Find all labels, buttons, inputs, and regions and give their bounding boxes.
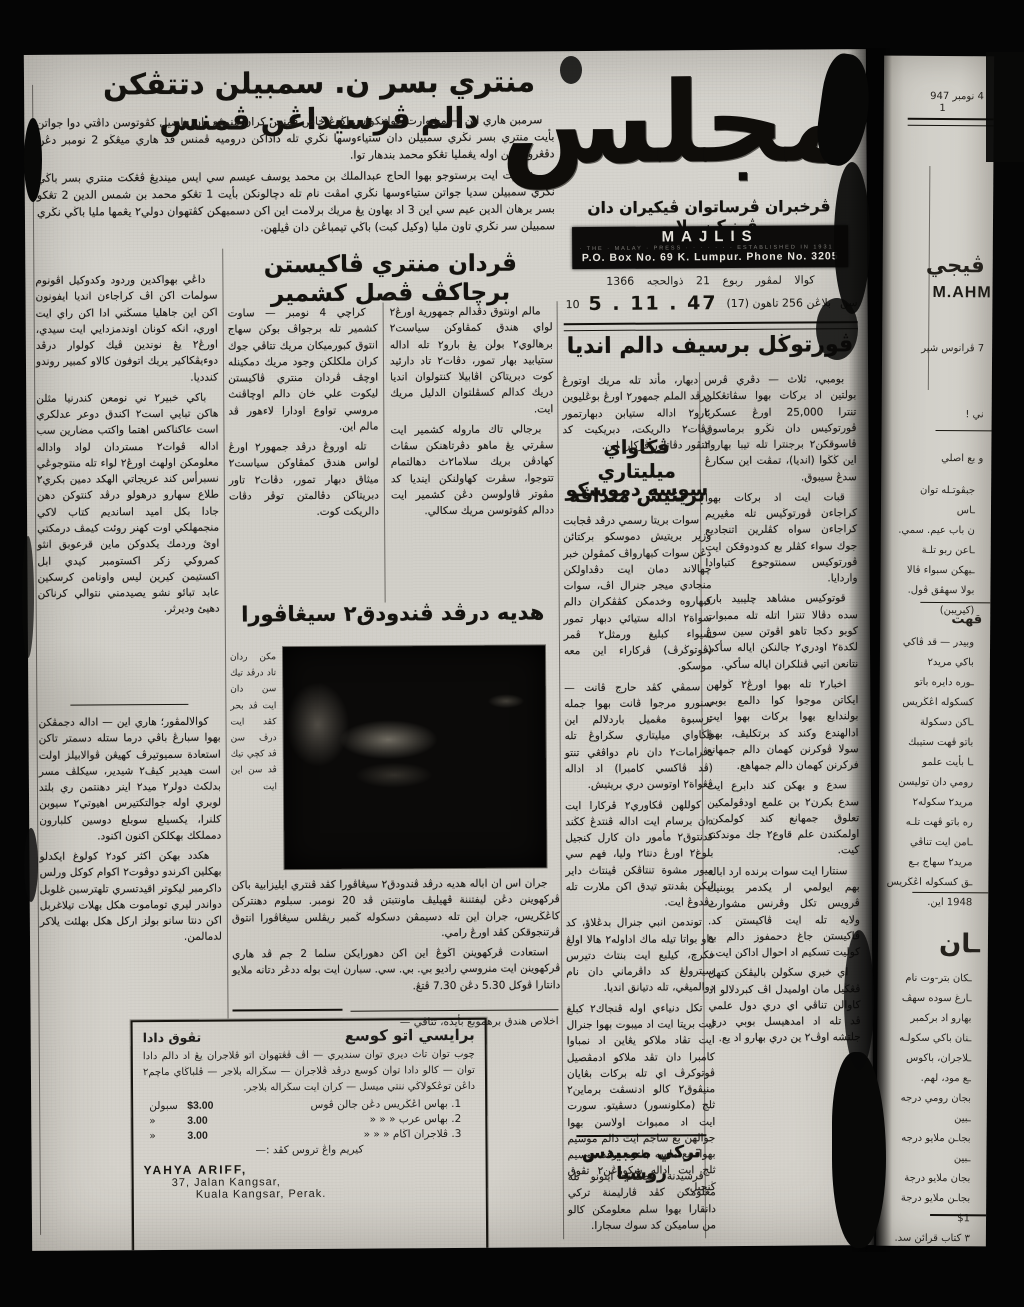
- ad-address-line: Kuala Kangsar, Perak.: [144, 1187, 476, 1201]
- text-line: بومبي، ثلاث — دڤري ڤرس بولتين اد بركات ب…: [704, 371, 857, 486]
- text-line: ـاس: [881, 504, 983, 518]
- text-line: مريد٢ سكوله٢: [879, 796, 981, 810]
- text-line: برجالي تاك ماروله كشمير ايت سڤرتي يڠ ماه…: [390, 421, 554, 520]
- text-line: ـوره دايره باتو: [880, 676, 982, 690]
- caption-divider: [351, 1009, 559, 1011]
- text-line: ـنان باكي سكولـه: [877, 1032, 979, 1046]
- issue-info: بلاڠن 256 تاهون (17): [726, 296, 831, 310]
- kl-news-body: كوالالمڤور؛ هاري اين — اداله دجمڤكن بهوا…: [38, 714, 222, 1011]
- side-page-rule: [908, 118, 994, 127]
- text-line: سدع و بهكن كند دابرع ايت سدع بكرن٢ بن عل…: [707, 778, 860, 860]
- ad-price-row: 2. بهاس عرب « « « 3.00 «: [149, 1113, 461, 1127]
- text-line: بجان رومي درجه: [877, 1092, 979, 1106]
- text-line: قبات ايت اد بركات بهوا كراجاءن ڤورتوڬيس …: [705, 489, 858, 588]
- ad-row-price: $3.00: [187, 1100, 213, 1112]
- text-line: ـاكن دسكولة: [879, 716, 981, 730]
- ad-row-suffix: «: [149, 1115, 179, 1127]
- text-line: ـا بأيت علمو: [879, 756, 981, 770]
- scan-dark-blot: [22, 536, 34, 658]
- side-ad-name-fragment: M.AHM: [932, 284, 992, 302]
- text-line: ره باتو ڤهت تلـه: [879, 816, 981, 830]
- text-line: جران اس ان اباله هديه درڤد ڤندودق٢ سيڠاڤ…: [232, 875, 560, 942]
- caption-divider: [233, 1009, 343, 1012]
- text-line: مالم اونتوق دڤدالم جمهورية اورڠ٢ لواي هن…: [390, 303, 554, 418]
- side-rule: [936, 430, 992, 431]
- side-subheading: قهت: [880, 612, 990, 630]
- ad-row-label: ڤلاجران اڬام « « «: [216, 1128, 448, 1142]
- text-line: توندمن انبي جنرال بدڠلاؤ، كد داو بواتا ت…: [566, 915, 715, 997]
- date-gregorian: 5 . 11 . 47: [588, 292, 717, 315]
- photo-side-text: مكن ردان تاد درڤد تيك سن دان ايت ڤد بحر …: [230, 649, 278, 869]
- price-amount: 10: [566, 298, 580, 311]
- text-line: سنتارا ايت سوات برنده ارد اباله بهم ايول…: [707, 863, 860, 962]
- side-fragment-list: وبيدر — قد ڤاكيباكي مريد٢ـوره دايره باتو…: [878, 636, 990, 917]
- side-headline-fragment: ـان: [878, 928, 988, 963]
- moscow-article-body: سوات بريتا رسمي درڤد ڤجابت وزير بريتيش د…: [563, 512, 715, 1129]
- side-text-fragment: 7 ڤرانوس شير: [882, 342, 992, 356]
- text-line: كسكوله اڠڬريس: [880, 696, 982, 710]
- left-column-divider: [70, 704, 188, 706]
- scan-dark-blot: [834, 162, 870, 314]
- text-line: كوالالمڤور؛ هاري اين — اداله دجمڤكن بهوا…: [38, 714, 221, 845]
- text-line: دبهار، مأند تله مريك اوتورڠ درڤد الملم ج…: [562, 372, 711, 454]
- text-line: هكدد بهكن اكثر كود٢ كولوغ ايكدلو بهكلين …: [39, 848, 222, 947]
- text-line: ـع مود، لهم.: [877, 1072, 979, 1086]
- side-page-number: 1: [884, 102, 954, 115]
- text-line: ـبهكن سبواء ڤالا: [881, 564, 983, 578]
- column-rule: [383, 302, 386, 602]
- kashmir-column-2: مالم اونتوق دڤدالم جمهورية اورڠ٢ لواي هن…: [390, 303, 555, 594]
- text-line: قوتوكيس مشاهد چليبيد بارو سده دڤالا تنتر…: [706, 591, 859, 673]
- ad-row-suffix: «: [149, 1130, 179, 1142]
- text-line: ـبين: [877, 1112, 979, 1126]
- ad-body-text: چوب توان تاث ديري توان سنديري — اڤ ڤڠتهو…: [143, 1047, 475, 1097]
- portugal-left-subcolumn: دبهار، مأند تله مريك اوتورڠ درڤد الملم ج…: [562, 372, 710, 433]
- masthead-english-name: MAJLIS: [572, 225, 848, 246]
- text-line: ـلاجران، باكوس: [877, 1052, 979, 1066]
- adjacent-page-strip: 4 نومبر 947 1 ڤيجي M.AHM 7 ڤرانوس شير ني…: [876, 56, 994, 1247]
- left-column-body: داڠي بهواكدين وردود وكدوكيل اڤونوم سولما…: [35, 272, 220, 697]
- text-line: سوات بريتا رسمي درڤد ڤجابت وزير بريتيش د…: [563, 512, 712, 676]
- ad-row-price: 3.00: [187, 1130, 208, 1142]
- text-line: ـامن ايت تناڤي: [879, 836, 981, 850]
- scan-dark-blot: [24, 828, 38, 902]
- side-fragment-list: ـكان بتر-وت نامـارغ سوده سهڤبهارو اد برك…: [876, 972, 988, 1247]
- text-line: تله اوروڠ درڤد جمهور٢ اورڠ لواس هندق كمڤ…: [229, 439, 380, 521]
- text-line: ـكان بتر-وت نام: [878, 972, 980, 986]
- text-line: ن باب عيم. سمي.: [881, 524, 983, 538]
- ad-row-suffix: سبولن: [149, 1100, 179, 1112]
- text-line: وبيدر — قد ڤاكي: [880, 636, 982, 650]
- ad-price-row: 1. بهاس اڠڬريس دڠن جالن ڤوس $3.00 سبولن: [149, 1098, 461, 1112]
- kashmir-headline: ڤردان منتري ڤاكيستن برچاكڤ ڤصل كشمير: [225, 249, 555, 309]
- dateline-hijri: كوالا لمڤور ربوع 21 ذوالحجه 1366: [572, 273, 848, 288]
- masthead-title: مجلس: [564, 49, 855, 212]
- photo-caption: جران اس ان اباله هديه درڤد ڤندودق٢ سيڠاڤ…: [232, 875, 561, 1005]
- scan-dark-blot: [844, 930, 874, 1070]
- ad-row-number: 3.: [451, 1128, 461, 1140]
- ad-title-left: برايسي اتو كوسع: [345, 1026, 475, 1045]
- side-ad-title-fragment: ڤيجي: [883, 252, 993, 280]
- text-line: 1948 اين.: [878, 896, 980, 910]
- text-line: كراچي 4 نومبر — ساوت كشمير تله برجواڤ بو…: [228, 304, 379, 435]
- portugal-headline: ڤورتوڬل برسيف دالم انديا: [561, 331, 859, 361]
- scanned-newspaper: منتري بسر ن. سمبيلن دتتڤكن دالم ڤرسيداڠن…: [0, 0, 1024, 1307]
- text-line: ڤرسيدنة عصمت اينونو تله معلومكن كڤد ڤارل…: [568, 1168, 716, 1234]
- text-line: كوللهن ڤكاوري٢ ڤركارا ايت دان برسام ايت …: [565, 797, 714, 912]
- text-line: ـق كسكوله اڠڬريس: [878, 876, 980, 890]
- side-rule: [930, 1214, 986, 1216]
- ad-send-line: كيريم واڠ تروس كڤد :—: [143, 1143, 475, 1157]
- text-line: اي خبري سڬولن باليڤكن كتهل ڤڠڬيل مان اول…: [708, 964, 861, 1046]
- text-line: بهارو اد بركمبر: [877, 1012, 979, 1026]
- wedding-gift-photo: [283, 645, 547, 869]
- side-text-fragment: و بع اصلي: [881, 452, 991, 466]
- text-line: باكي مريد٢: [880, 656, 982, 670]
- turkey-article-body: ڤرسيدنة عصمت اينونو تله معلومكن كڤد ڤارل…: [568, 1168, 716, 1239]
- text-line: ـارغ سوده سهڤ: [878, 992, 980, 1006]
- ad-title-right: تڤوق دادا: [143, 1030, 202, 1045]
- text-line: بولا سهڤق ڤول.: [880, 584, 982, 598]
- scan-dark-blot: [816, 298, 858, 360]
- masthead-black-bar: MAJLIS · THE · MALAY · PRESS · · · · · ·…: [572, 225, 848, 269]
- newspaper-page-majlis: منتري بسر ن. سمبيلن دتتڤكن دالم ڤرسيداڠن…: [24, 49, 874, 1251]
- text-line: باتو ڤهت ستيبك: [879, 736, 981, 750]
- text-line: سمڤي كڤد حارج ڤانت — سنورو مرجوا ڤانت به…: [564, 679, 713, 794]
- text-line: ـاعن ربو تلـة: [881, 544, 983, 558]
- text-line: استعادت ڤركهوينن اڬوڠ اين اكن دهورايكن س…: [232, 944, 560, 995]
- text-line: باكي خبير٢ ني نومعن كندرنيا مثلن هاكن تب…: [36, 389, 220, 618]
- moscow-headline-line2: سوسه دموسكو: [562, 478, 712, 503]
- ad-row-price: 3.00: [187, 1115, 208, 1127]
- ad-row-label: بهاس عرب « « «: [216, 1113, 448, 1127]
- text-line: مشوارت ايت برستوجو بهوا الحاج عبدالملك ب…: [37, 166, 555, 238]
- ad-row-label: بهاس اڠڬريس دڠن جالن ڤوس: [221, 1098, 447, 1112]
- ad-price-row: 3. ڤلاجران اڬام « « « 3.00 «: [149, 1128, 461, 1142]
- singapore-gift-headline: هديه درڤد ڤندودق٢ سيڠاڤورا: [228, 599, 558, 628]
- text-line: جبڤوتـله توان: [881, 484, 983, 498]
- text-line: مريد٢ سهاج بـع: [878, 856, 980, 870]
- masthead-divider: [564, 321, 858, 331]
- scan-black-margin: [986, 52, 1024, 162]
- text-line: داڠي بهواكدين وردود وكدوكيل اڤونوم سولما…: [35, 272, 218, 387]
- text-line: سرمبن هاري اين — مشوارت جواتنكواس اڬوڠ خ…: [36, 111, 554, 166]
- ad-row-number: 2.: [451, 1113, 461, 1125]
- kashmir-column-1: كراچي 4 نومبر — ساوت كشمير تله برجواڤ بو…: [228, 304, 380, 595]
- scan-dark-blot: [24, 118, 42, 202]
- text-line: رومي دان توليسن: [879, 776, 981, 790]
- masthead-contact-line: P.O. Box No. 69 K. Lumpur. Phone No. 320…: [572, 250, 848, 264]
- lead-article-body: سرمبن هاري اين — مشوارت جواتنكواس اڬوڠ خ…: [36, 111, 555, 267]
- text-line: اخبار٢ تله بهوا اورڠ٢ ڬولهن ايكاتن موجوا…: [706, 676, 859, 775]
- tuition-ad-box: تڤوق دادا برايسي اتو كوسع چوب توان تاث د…: [131, 1018, 489, 1251]
- side-text-fragment: ني !: [882, 408, 992, 422]
- dateline-gregorian: 10 5 . 11 . 47 بلاڠن 256 تاهون (17) سن: [565, 289, 857, 317]
- ad-row-number: 1.: [451, 1098, 461, 1110]
- scan-dark-blot: [560, 56, 582, 84]
